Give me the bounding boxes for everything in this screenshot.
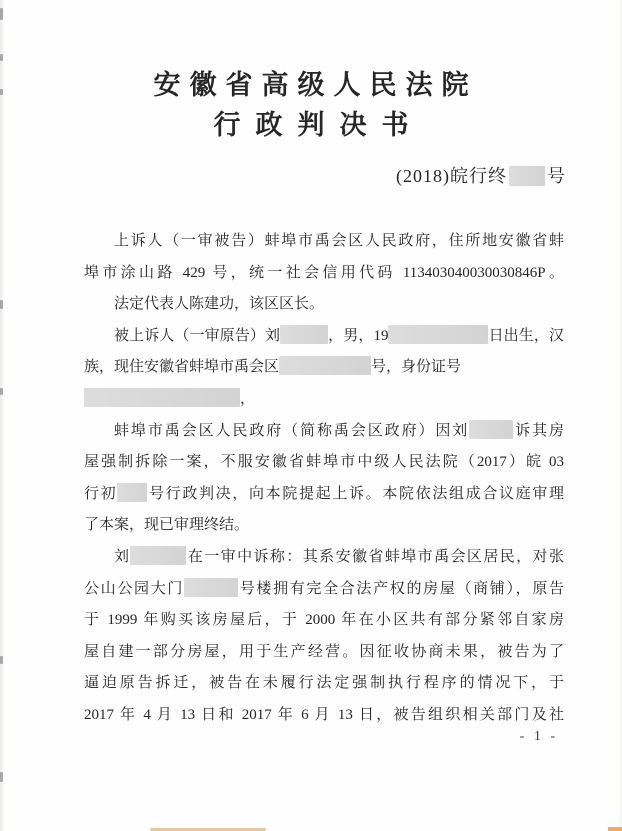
text-run: 上诉人（一审被告）蚌埠市禹会区人民政府，住所地安徽省蚌 bbox=[114, 233, 564, 249]
text-run: 法定代表人陈建功，该区区长。 bbox=[114, 296, 324, 312]
scan-smudge-corner bbox=[608, 827, 622, 831]
text-run: 屋自建一部分房屋，用于生产经营。因征收协商未果，被告为了 bbox=[84, 644, 564, 660]
text-run: 行初 bbox=[84, 486, 117, 502]
text-run: 号楼拥有完全合法产权的房屋（商铺），原告 bbox=[238, 581, 564, 597]
text-line: 蚌埠市禹会区人民政府（简称禹会区政府）因刘诉其房 bbox=[84, 416, 564, 448]
text-run: 2017 年 4 月 13 日和 2017 年 6 月 13 日，被告组织相关部… bbox=[84, 707, 564, 723]
text-run: 诉其房 bbox=[513, 423, 564, 439]
text-run: 于 1999 年购买该房屋后，于 2000 年在小区共有部分紧邻自家房 bbox=[84, 612, 564, 628]
text-line: 屋强制拆除一案，不服安徽省蚌埠市中级人民法院（2017）皖 03 bbox=[84, 447, 564, 479]
document-page: 安徽省高级人民法院 行政判决书 (2018)皖行终号 上诉人（一审被告）蚌埠市禹… bbox=[0, 0, 622, 831]
text-line: 族，现住安徽省蚌埠市禹会区号，身份证号 bbox=[84, 352, 564, 384]
redaction-box bbox=[117, 483, 147, 502]
redaction-box bbox=[509, 166, 545, 186]
redaction-box bbox=[84, 388, 240, 407]
text-line: 逼迫原告拆迁，被告在未履行法定强制执行程序的情况下，于 bbox=[84, 668, 564, 700]
text-run: 了本案，现已审理终结。 bbox=[84, 517, 249, 533]
text-run: ，男，19 bbox=[328, 328, 388, 344]
case-number: (2018)皖行终号 bbox=[396, 162, 566, 188]
text-line: 刘在一审中诉称：其系安徽省蚌埠市禹会区居民，对张 bbox=[84, 542, 564, 574]
text-line: 了本案，现已审理终结。 bbox=[84, 510, 564, 542]
redaction-box bbox=[184, 578, 238, 597]
text-line: 被上诉人（一审原告）刘，男，19日出生，汉 bbox=[84, 321, 564, 353]
text-line: 公山公园大门号楼拥有完全合法产权的房屋（商铺），原告 bbox=[84, 574, 564, 606]
page-number: - 1 - bbox=[520, 729, 558, 745]
text-run: 在一审中诉称：其系安徽省蚌埠市禹会区居民，对张 bbox=[186, 549, 564, 565]
text-run: 屋强制拆除一案，不服安徽省蚌埠市中级人民法院（2017）皖 03 bbox=[84, 454, 564, 470]
text-run: 埠市涂山路 429 号，统一社会信用代码 113403040030030846P… bbox=[84, 265, 564, 281]
text-run: ， bbox=[240, 391, 255, 407]
redaction-box bbox=[130, 546, 186, 565]
text-run: 公山公园大门 bbox=[84, 581, 184, 597]
document-body: 上诉人（一审被告）蚌埠市禹会区人民政府，住所地安徽省蚌埠市涂山路 429 号，统… bbox=[84, 226, 564, 732]
case-number-prefix: (2018)皖行终 bbox=[396, 166, 507, 186]
text-line: 2017 年 4 月 13 日和 2017 年 6 月 13 日，被告组织相关部… bbox=[84, 700, 564, 732]
text-line: 屋自建一部分房屋，用于生产经营。因征收协商未果，被告为了 bbox=[84, 637, 564, 669]
redaction-box bbox=[469, 420, 513, 439]
text-line: 法定代表人陈建功，该区区长。 bbox=[84, 289, 564, 321]
text-line: 行初号行政判决，向本院提起上诉。本院依法组成合议庭审理 bbox=[84, 479, 564, 511]
text-run: 号行政判决，向本院提起上诉。本院依法组成合议庭审理 bbox=[147, 486, 564, 502]
text-line: 上诉人（一审被告）蚌埠市禹会区人民政府，住所地安徽省蚌 bbox=[84, 226, 564, 258]
text-run: 逼迫原告拆迁，被告在未履行法定强制执行程序的情况下，于 bbox=[84, 675, 564, 691]
case-number-suffix: 号 bbox=[547, 166, 566, 186]
text-run: 日出生，汉 bbox=[488, 328, 564, 344]
court-name-title: 安徽省高级人民法院 bbox=[0, 70, 622, 101]
redaction-box bbox=[279, 356, 371, 375]
text-run: 蚌埠市禹会区人民政府（简称禹会区政府）因刘 bbox=[114, 423, 469, 439]
text-run: 族，现住安徽省蚌埠市禹会区 bbox=[84, 359, 279, 375]
text-run: 被上诉人（一审原告）刘 bbox=[114, 328, 280, 344]
text-line: 于 1999 年购买该房屋后，于 2000 年在小区共有部分紧邻自家房 bbox=[84, 605, 564, 637]
text-line: ， bbox=[84, 384, 564, 416]
redaction-box bbox=[388, 325, 488, 344]
redaction-box bbox=[280, 325, 328, 344]
text-line: 埠市涂山路 429 号，统一社会信用代码 113403040030030846P… bbox=[84, 258, 564, 290]
text-run: 号，身份证号 bbox=[371, 359, 461, 375]
doc-type-title: 行政判决书 bbox=[0, 110, 622, 141]
text-run: 刘 bbox=[114, 549, 130, 565]
